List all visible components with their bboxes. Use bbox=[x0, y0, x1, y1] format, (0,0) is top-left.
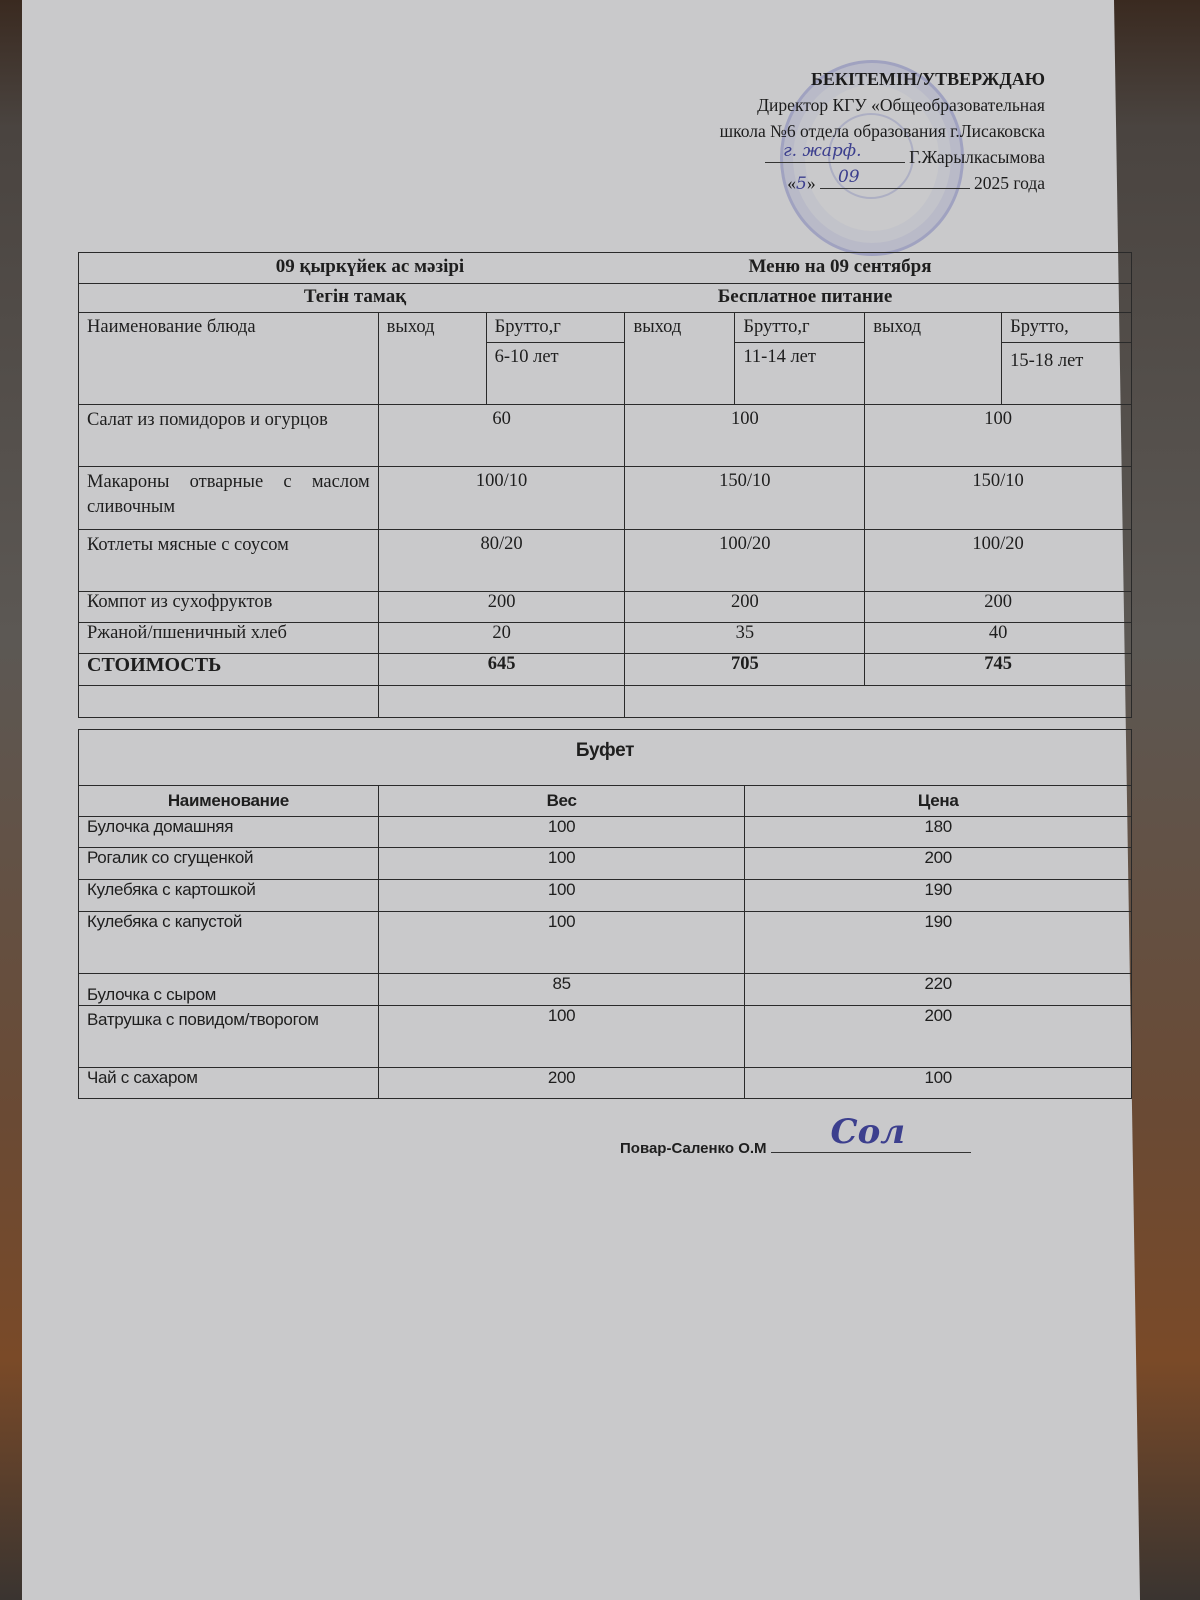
header-brutto-15-18: Брутто, bbox=[1002, 313, 1132, 343]
date-close-quote: » bbox=[807, 173, 816, 193]
buffet-item-name: Булочка домашняя bbox=[79, 817, 379, 848]
director-signature: г. жарф. bbox=[783, 138, 861, 164]
header-row: Наименование блюда выход Брутто,г выход … bbox=[79, 313, 1132, 343]
approval-date-row: «5» 09 2025 года bbox=[720, 170, 1045, 197]
buffet-item-price: 190 bbox=[745, 880, 1132, 912]
date-month-line: 09 bbox=[820, 172, 970, 189]
buffet-row: Булочка домашняя 100 180 bbox=[79, 817, 1132, 848]
buffet-item-weight: 85 bbox=[378, 974, 745, 1006]
dish-value-6-10: 60 bbox=[378, 405, 625, 467]
buffet-item-price: 100 bbox=[745, 1068, 1132, 1099]
buffet-row: Булочка с сыром 85 220 bbox=[79, 974, 1132, 1006]
buffet-item-weight: 200 bbox=[378, 1068, 745, 1099]
header-brutto-6-10: Брутто,г bbox=[486, 313, 625, 343]
dish-value-15-18: 150/10 bbox=[865, 467, 1132, 530]
date-year: 2025 года bbox=[974, 173, 1045, 193]
header-output-11-14: выход bbox=[625, 313, 735, 405]
buffet-item-price: 190 bbox=[745, 912, 1132, 974]
buffet-item-weight: 100 bbox=[378, 848, 745, 880]
cost-6-10: 645 bbox=[378, 654, 625, 686]
dish-value-11-14: 100/20 bbox=[625, 530, 865, 592]
dish-name: Котлеты мясные с соусом bbox=[79, 530, 379, 592]
cook-signature-line: Сол bbox=[771, 1138, 971, 1153]
buffet-item-price: 200 bbox=[745, 1006, 1132, 1068]
free-meal-menu-table: 09 қыркүйек ас мәзіріМеню на 09 сентября… bbox=[78, 252, 1132, 718]
dish-value-15-18: 200 bbox=[865, 592, 1132, 623]
header-dish-name: Наименование блюда bbox=[79, 313, 379, 405]
buffet-header-row: Наименование Вес Цена bbox=[79, 786, 1132, 817]
menu-title-ru: Меню на 09 сентября bbox=[605, 256, 1075, 278]
approval-title: БЕКІТЕМІН/УТВЕРЖДАЮ bbox=[720, 66, 1045, 92]
date-day: 5 bbox=[796, 174, 807, 194]
header-age-6-10: 6-10 лет bbox=[486, 343, 625, 405]
dish-value-11-14: 35 bbox=[625, 623, 865, 654]
menu-title-row: 09 қыркүйек ас мәзіріМеню на 09 сентября bbox=[79, 253, 1132, 284]
menu-subtitle-ru: Бесплатное питание bbox=[555, 286, 1055, 308]
buffet-item-name: Ватрушка с повидом/творогом bbox=[79, 1006, 379, 1068]
header-output-6-10: выход bbox=[378, 313, 486, 405]
dish-name: Макароны отварные с маслом сливочным bbox=[79, 467, 379, 530]
buffet-item-price: 220 bbox=[745, 974, 1132, 1006]
dish-name: Ржаной/пшеничный хлеб bbox=[79, 623, 379, 654]
menu-row: Котлеты мясные с соусом 80/20 100/20 100… bbox=[79, 530, 1132, 592]
cost-11-14: 705 bbox=[625, 654, 865, 686]
buffet-row: Ватрушка с повидом/творогом 100 200 bbox=[79, 1006, 1132, 1068]
buffet-title-row: Буфет bbox=[79, 730, 1132, 786]
approval-line-2: школа №6 отдела образования г.Лисаковска bbox=[720, 118, 1045, 144]
cost-label: СТОИМОСТЬ bbox=[79, 654, 379, 686]
buffet-item-weight: 100 bbox=[378, 1006, 745, 1068]
header-output-15-18: выход bbox=[865, 313, 1002, 405]
dish-value-6-10: 80/20 bbox=[378, 530, 625, 592]
director-name: Г.Жарылкасымова bbox=[909, 147, 1045, 167]
dish-name: Компот из сухофруктов bbox=[79, 592, 379, 623]
buffet-row: Чай с сахаром 200 100 bbox=[79, 1068, 1132, 1099]
menu-subtitle-kz: Тегін тамақ bbox=[155, 286, 555, 308]
buffet-item-name: Булочка с сыром bbox=[79, 974, 379, 1006]
dish-value-15-18: 100 bbox=[865, 405, 1132, 467]
dish-value-15-18: 100/20 bbox=[865, 530, 1132, 592]
buffet-header-weight: Вес bbox=[378, 786, 745, 817]
menu-subtitle-row: Тегін тамақБесплатное питание bbox=[79, 284, 1132, 313]
buffet-item-price: 180 bbox=[745, 817, 1132, 848]
header-brutto-11-14: Брутто,г bbox=[735, 313, 865, 343]
cost-row: СТОИМОСТЬ 645 705 745 bbox=[79, 654, 1132, 686]
header-age-15-18: 15-18 лет bbox=[1002, 343, 1132, 405]
buffet-item-name: Кулебяка с картошкой bbox=[79, 880, 379, 912]
buffet-item-name: Кулебяка с капустой bbox=[79, 912, 379, 974]
approval-line-1: Директор КГУ «Общеобразовательная bbox=[720, 92, 1045, 118]
menu-row: Компот из сухофруктов 200 200 200 bbox=[79, 592, 1132, 623]
dish-value-6-10: 20 bbox=[378, 623, 625, 654]
date-open-quote: « bbox=[787, 173, 796, 193]
menu-row: Макароны отварные с маслом сливочным 100… bbox=[79, 467, 1132, 530]
buffet-title: Буфет bbox=[79, 730, 1132, 786]
buffet-item-weight: 100 bbox=[378, 880, 745, 912]
cook-label: Повар-Саленко О.М bbox=[620, 1140, 767, 1157]
dish-value-11-14: 150/10 bbox=[625, 467, 865, 530]
buffet-item-weight: 100 bbox=[378, 817, 745, 848]
buffet-row: Кулебяка с картошкой 100 190 bbox=[79, 880, 1132, 912]
dish-value-11-14: 100 bbox=[625, 405, 865, 467]
director-signature-line: г. жарф. bbox=[765, 146, 905, 163]
menu-title-kz: 09 қыркүйек ас мәзірі bbox=[135, 256, 605, 278]
dish-value-6-10: 200 bbox=[378, 592, 625, 623]
cook-signature: Сол bbox=[831, 1112, 906, 1152]
buffet-row: Кулебяка с капустой 100 190 bbox=[79, 912, 1132, 974]
header-age-11-14: 11-14 лет bbox=[735, 343, 865, 405]
dish-value-6-10: 100/10 bbox=[378, 467, 625, 530]
buffet-header-price: Цена bbox=[745, 786, 1132, 817]
dish-value-15-18: 40 bbox=[865, 623, 1132, 654]
date-month: 09 bbox=[838, 164, 860, 190]
buffet-item-name: Чай с сахаром bbox=[79, 1068, 379, 1099]
buffet-header-name: Наименование bbox=[79, 786, 379, 817]
cost-15-18: 745 bbox=[865, 654, 1132, 686]
dish-name: Салат из помидоров и огурцов bbox=[79, 405, 379, 467]
dish-value-11-14: 200 bbox=[625, 592, 865, 623]
director-signature-row: г. жарф. Г.Жарылкасымова bbox=[720, 144, 1045, 170]
buffet-item-weight: 100 bbox=[378, 912, 745, 974]
approval-block: БЕКІТЕМІН/УТВЕРЖДАЮ Директор КГУ «Общеоб… bbox=[720, 66, 1045, 197]
buffet-item-price: 200 bbox=[745, 848, 1132, 880]
buffet-row: Рогалик со сгущенкой 100 200 bbox=[79, 848, 1132, 880]
menu-row: Ржаной/пшеничный хлеб 20 35 40 bbox=[79, 623, 1132, 654]
buffet-item-name: Рогалик со сгущенкой bbox=[79, 848, 379, 880]
buffet-table: Буфет Наименование Вес Цена Булочка дома… bbox=[78, 729, 1132, 1099]
empty-row bbox=[79, 686, 1132, 718]
cook-signature-block: Повар-Саленко О.МСол bbox=[620, 1138, 971, 1157]
menu-row: Салат из помидоров и огурцов 60 100 100 bbox=[79, 405, 1132, 467]
